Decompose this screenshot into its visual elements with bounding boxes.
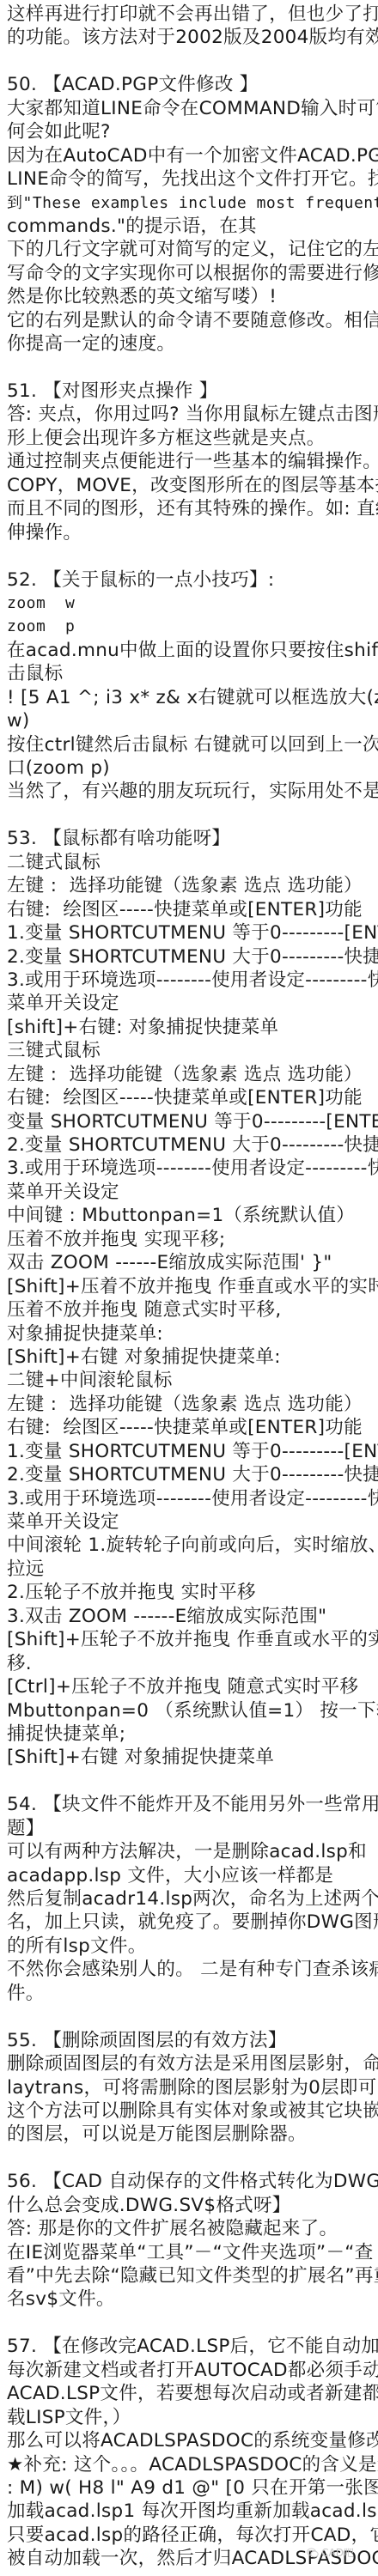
text-line: [Shift]+压着不放并拖曳 作垂直或水平的实时平移 bbox=[7, 1275, 375, 1298]
code-line: zoom p bbox=[7, 615, 375, 638]
text-line: 大家都知道LINE命令在COMMAND输入时可简化为L，为 bbox=[7, 97, 375, 120]
text-line: 通过控制夹点便能进行一些基本的编辑操作。如: bbox=[7, 450, 375, 473]
text-line: commands."的提示语，在其 bbox=[7, 215, 375, 238]
text-line: 而且不同的图形，还有其特殊的操作。如: 直线有延 bbox=[7, 497, 375, 520]
text-line: 只要acad.lsp的路径正确，每次打开CAD，它至少会 bbox=[7, 2524, 375, 2547]
text-line: 3.或用于环境选项--------使用者设定---------快捷 bbox=[7, 1157, 375, 1180]
text-line: 的功能。该方法对于2002版及2004版均有效。 bbox=[7, 26, 375, 49]
text-line: 2.变量 SHORTCUTMENU 大于0---------快捷菜单 bbox=[7, 1133, 375, 1157]
text-line: 2.压轮子不放并拖曳 实时平移 bbox=[7, 1581, 375, 1604]
text-line: 每次新建文档或者打开AUTOCAD都必须手动加载 bbox=[7, 2359, 375, 2382]
text-line: 在acad.mnu中做上面的设置你只要按住shift键然后 bbox=[7, 639, 375, 662]
text-line: 的所有lsp文件。 bbox=[7, 1935, 375, 1958]
watermark: CAD吧 bbox=[307, 2545, 354, 2560]
section-51: 51. 【对图形夹点操作 】 答: 夹点，你用过吗? 当你用鼠标左键点击图形，图… bbox=[7, 380, 375, 544]
spacer bbox=[7, 804, 375, 827]
text-line: 这样再进行打印就不会再出错了，但也少了打印戳记 bbox=[7, 3, 375, 26]
text-line: 3.或用于环境选项--------使用者设定---------快捷 bbox=[7, 969, 375, 992]
text-line: 左键 : 选择功能键（选象素 选点 选功能） bbox=[7, 1063, 375, 1086]
section-title: 57. 【在修改完ACAD.LSP后，它不能自动加载咋办呀】 bbox=[7, 2335, 375, 2358]
wechat-icon bbox=[307, 2548, 319, 2558]
text-line: 按住ctrl键然后击鼠标 右键就可以回到上一次图形窗 bbox=[7, 733, 375, 756]
text-line: 写命令的文字实现你可以根据你的需要进行修改（当 bbox=[7, 262, 375, 285]
text-line: 删除顽固图层的有效方法是采用图层影射，命令 bbox=[7, 2052, 375, 2075]
text-line: 中间滚轮 1.旋转轮子向前或向后，实时缩放、拉近、 bbox=[7, 1534, 375, 1557]
text-line: 1.变量 SHORTCUTMENU 等于0---------[ENTER] bbox=[7, 1440, 375, 1463]
text-line: 击鼠标 bbox=[7, 662, 375, 685]
text-line: 件。 bbox=[7, 1982, 375, 2005]
text-line: 移. bbox=[7, 1652, 375, 1675]
text-line: [Shift]+右键 对象捕捉快捷菜单: bbox=[7, 1346, 375, 1369]
section-title: 56. 【CAD 自动保存的文件格式转化为DWG格式时，为 bbox=[7, 2170, 375, 2193]
text-line: 载LISP文件，） bbox=[7, 2406, 375, 2429]
text-line: 在IE浏览器菜单“工具”－“文件夹选项”－“查 bbox=[7, 2241, 375, 2264]
text-line: 那么可以将ACADLSPASDOC的系统变量修改为1。 bbox=[7, 2429, 375, 2452]
article-body: 这样再进行打印就不会再出错了，但也少了打印戳记 的功能。该方法对于2002版及2… bbox=[7, 3, 375, 2571]
text-line: 然后复制acadr14.lsp两次，命名为上述两个文件 bbox=[7, 1887, 375, 1911]
text-line: 压着不放并拖曳 实现平移; bbox=[7, 1228, 375, 1251]
text-line: 2.变量 SHORTCUTMENU 大于0---------快捷菜单 bbox=[7, 945, 375, 969]
text-line: 2.变量 SHORTCUTMENU 大于0---------快捷菜单 bbox=[7, 1463, 375, 1486]
text-line: COPY，MOVE，改变图形所在的图层等基本操作。 bbox=[7, 474, 375, 497]
text-line: [Shift]+右键 对象捕捉快捷菜单 bbox=[7, 1746, 375, 1769]
text-line: 3.或用于环境选项--------使用者设定---------快捷 bbox=[7, 1487, 375, 1510]
spacer bbox=[7, 1770, 375, 1793]
text-line: ! [5 A1 ^; i3 x* z& x右键就可以框选放大(zoom bbox=[7, 686, 375, 709]
text-line: [Ctrl]+压轮子不放并拖曳 随意式实时平移 bbox=[7, 1675, 375, 1698]
text-line: 答: 夹点，你用过吗? 当你用鼠标左键点击图形，图 bbox=[7, 403, 375, 426]
text-line: 双击 ZOOM ------E缩放成实际范围' }" bbox=[7, 1251, 375, 1274]
text-line: 右键: 绘图区-----快捷菜单或[ENTER]功能 bbox=[7, 1086, 375, 1109]
text-line: 变量 SHORTCUTMENU 等于0---------[ENTER] bbox=[7, 1110, 375, 1133]
spacer bbox=[7, 2005, 375, 2028]
text-line: 当然了，有兴趣的朋友玩玩行，实际用处不是很大 bbox=[7, 780, 375, 803]
text-line: 名，加上只读，就免疫了。要删掉你DWG图形所在目录 bbox=[7, 1911, 375, 1934]
spacer bbox=[7, 2147, 375, 2170]
spacer bbox=[7, 50, 375, 73]
text-line: 口(zoom p) bbox=[7, 756, 375, 780]
text-line: 右键: 绘图区-----快捷菜单或[ENTER]功能 bbox=[7, 1416, 375, 1439]
text-line: acadapp.lsp 文件，大小应该一样都是 bbox=[7, 1864, 375, 1887]
section-title-continued: 题】 bbox=[7, 1817, 375, 1840]
section-title: 52. 【关于鼠标的一点小技巧】: bbox=[7, 568, 375, 592]
text-line: 二键式鼠标 bbox=[7, 851, 375, 874]
text-line: 加载acad.lsp1 每次开图均重新加载acad.lsp bbox=[7, 2500, 375, 2523]
spacer bbox=[7, 544, 375, 568]
text-line: 中间键 : Mbuttonpan=1（系统默认值） bbox=[7, 1204, 375, 1227]
text-line: ★补充: 这个。。。ACADLSPASDOC的含义是这样的: bbox=[7, 2453, 375, 2476]
text-line: 可以有两种方法解决，一是删除acad.lsp和 bbox=[7, 1840, 375, 1863]
text-line: Mbuttonpan=0 （系统默认值=1） 按一下轮子 对象 bbox=[7, 1699, 375, 1722]
text-line: 拉远 bbox=[7, 1558, 375, 1581]
text-line: 下的几行文字就可对简写的定义，记住它的左列是简 bbox=[7, 238, 375, 261]
text-line: 3.双击 ZOOM ------E缩放成实际范围" bbox=[7, 1605, 375, 1628]
text-line: [shift]+右键: 对象捕捉快捷菜单 bbox=[7, 1016, 375, 1039]
section-53: 53. 【鼠标都有啥功能呀】 二键式鼠标 左键 : 选择功能键（选象素 选点 选… bbox=[7, 827, 375, 1770]
text-line: : M) w( H8 l" A9 d1 @" [0 只在开第一张图的时候 bbox=[7, 2476, 375, 2500]
section-54: 54. 【块文件不能炸开及不能用另外一些常用命令的问 题】 可以有两种方法解决，… bbox=[7, 1793, 375, 2005]
text-line: 形上便会出现许多方框这些就是夹点。 bbox=[7, 427, 375, 450]
text-line: 1.变量 SHORTCUTMENU 等于0---------[ENTER] bbox=[7, 921, 375, 945]
text-line: 左键 : 选择功能键（选象素 选点 选功能） bbox=[7, 874, 375, 897]
section-title: 50. 【ACAD.PGP文件修改 】 bbox=[7, 73, 375, 96]
watermark-text: CAD吧 bbox=[321, 2545, 354, 2560]
text-line: ACAD.LSP文件，若要想每次启动或者新建都能自动加 bbox=[7, 2382, 375, 2405]
text-line: 然是你比较熟悉的英文缩写喽）! bbox=[7, 285, 375, 308]
text-line: 右键: 绘图区-----快捷菜单或[ENTER]功能 bbox=[7, 898, 375, 921]
text-line: 何会如此呢? bbox=[7, 120, 375, 143]
section-title: 51. 【对图形夹点操作 】 bbox=[7, 380, 375, 403]
text-line: [Shift]+压轮子不放并拖曳 作垂直或水平的实时平 bbox=[7, 1628, 375, 1651]
section-56: 56. 【CAD 自动保存的文件格式转化为DWG格式时，为 什么总会变成.DWG… bbox=[7, 2170, 375, 2312]
text-line: 到"These examples include most frequently… bbox=[7, 191, 375, 215]
text-line: 的图层，可以说是万能图层删除器。 bbox=[7, 2123, 375, 2146]
text-line: 左键 : 选择功能键（选象素 选点 选功能） bbox=[7, 1393, 375, 1416]
text-line: laytrans，可将需删除的图层影射为0层即可， bbox=[7, 2076, 375, 2099]
text-line: 这个方法可以删除具有实体对象或被其它块嵌套定义 bbox=[7, 2099, 375, 2123]
text-line: 三键式鼠标 bbox=[7, 1039, 375, 1062]
text-line: 对象捕捉快捷菜单: bbox=[7, 1322, 375, 1346]
text-line: 看”中先去除“隐藏已知文件类型的扩展名”再重命 bbox=[7, 2264, 375, 2287]
text-line: 因为在AutoCAD中有一个加密文件ACAD.PGP中定义了 bbox=[7, 144, 375, 167]
text-line: 菜单开关设定 bbox=[7, 1181, 375, 1204]
spacer bbox=[7, 356, 375, 380]
section-52: 52. 【关于鼠标的一点小技巧】: zoom w zoom p 在acad.mn… bbox=[7, 568, 375, 804]
text-line: 你提高一定的速度。 bbox=[7, 332, 375, 355]
text-line: 捕捉快捷菜单; bbox=[7, 1722, 375, 1746]
text-line: 伸操作。 bbox=[7, 521, 375, 544]
section-title-continued: 什么总会变成.DWG.SV$格式呀】 bbox=[7, 2194, 375, 2217]
spacer bbox=[7, 2312, 375, 2335]
section-57: 57. 【在修改完ACAD.LSP后，它不能自动加载咋办呀】 每次新建文档或者打… bbox=[7, 2335, 375, 2570]
text-line: 二键+中间滚轮鼠标 bbox=[7, 1369, 375, 1392]
section-title: 55. 【删除顽固图层的有效方法】 bbox=[7, 2029, 375, 2052]
text-line: 它的右列是默认的命令请不要随意修改。相信这能为 bbox=[7, 309, 375, 332]
text-line: 名sv$文件。 bbox=[7, 2287, 375, 2311]
section-55: 55. 【删除顽固图层的有效方法】 删除顽固图层的有效方法是采用图层影射，命令 … bbox=[7, 2029, 375, 2147]
text-line: 不然你会感染别人的。 二是有种专门查杀该病毒的软 bbox=[7, 1958, 375, 1981]
section-title: 54. 【块文件不能炸开及不能用另外一些常用命令的问 bbox=[7, 1793, 375, 1816]
code-line: zoom w bbox=[7, 592, 375, 615]
section-title: 53. 【鼠标都有啥功能呀】 bbox=[7, 827, 375, 850]
text-line: 压着不放并拖曳 随意式实时平移, bbox=[7, 1298, 375, 1321]
text-line: LINE命令的简写，先找出这个文件打开它。找 bbox=[7, 167, 375, 191]
text-line: 答: 那是你的文件扩展名被隐藏起来了。 bbox=[7, 2217, 375, 2240]
intro-paragraph: 这样再进行打印就不会再出错了，但也少了打印戳记 的功能。该方法对于2002版及2… bbox=[7, 3, 375, 50]
text-line: w) bbox=[7, 709, 375, 732]
text-line: 菜单开关设定 bbox=[7, 992, 375, 1015]
text-line: 菜单开关设定 bbox=[7, 1510, 375, 1534]
section-50: 50. 【ACAD.PGP文件修改 】 大家都知道LINE命令在COMMAND输… bbox=[7, 73, 375, 355]
